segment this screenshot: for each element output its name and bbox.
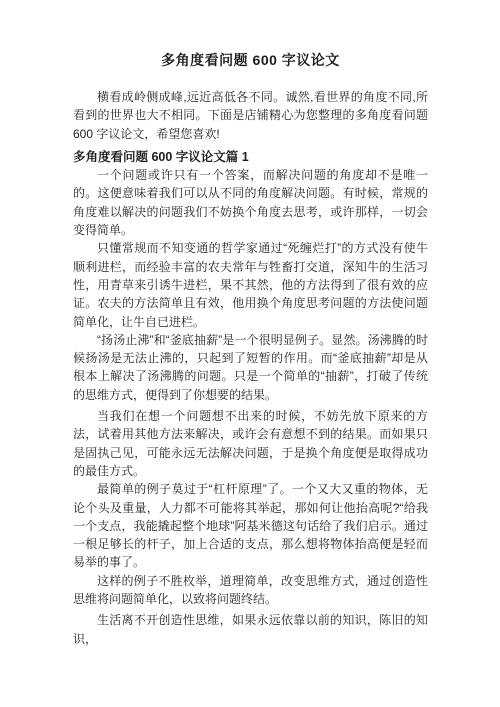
document-body: 横看成岭侧成峰,远近高低各不同。诚然,看世界的角度不同,所看到的世界也大不相同。… bbox=[73, 88, 428, 648]
body-paragraph: 当我们在想一个问题想不出来的时候，不妨先放下原来的方法，试着用其他方法来解决，或… bbox=[73, 407, 428, 480]
intro-paragraph: 横看成岭侧成峰,远近高低各不同。诚然,看世界的角度不同,所看到的世界也大不相同。… bbox=[73, 88, 428, 143]
body-paragraph: 一个问题或许只有一个答案，而解决问题的角度却不是唯一的。这便意味着我们可以从不同… bbox=[73, 166, 428, 239]
document-page: 多角度看问题 600 字议论文 横看成岭侧成峰,远近高低各不同。诚然,看世界的角… bbox=[0, 0, 500, 707]
body-paragraph: “扬汤止沸”和“釜底抽薪”是一个很明显例子。显然。汤沸腾的时候扬汤是无法止沸的，… bbox=[73, 331, 428, 404]
body-paragraph: 生活离不开创造性思维，如果永远依靠以前的知识，陈旧的知识， bbox=[73, 611, 428, 648]
section-heading: 多角度看问题 600 字议论文篇 1 bbox=[73, 148, 428, 166]
body-paragraph: 这样的例子不胜枚举，道理简单，改变思维方式，通过创造性思维将问题简单化，以致将问… bbox=[73, 572, 428, 609]
body-paragraph: 只懂常规而不知变通的哲学家通过“死缠烂打”的方式没有使牛顺利进栏，而经验丰富的农… bbox=[73, 239, 428, 330]
body-paragraph: 最简单的例子莫过于“杠杆原理”了。一个又大又重的物体，无论个头及重量，人力都不可… bbox=[73, 480, 428, 571]
document-title: 多角度看问题 600 字议论文 bbox=[73, 50, 428, 70]
